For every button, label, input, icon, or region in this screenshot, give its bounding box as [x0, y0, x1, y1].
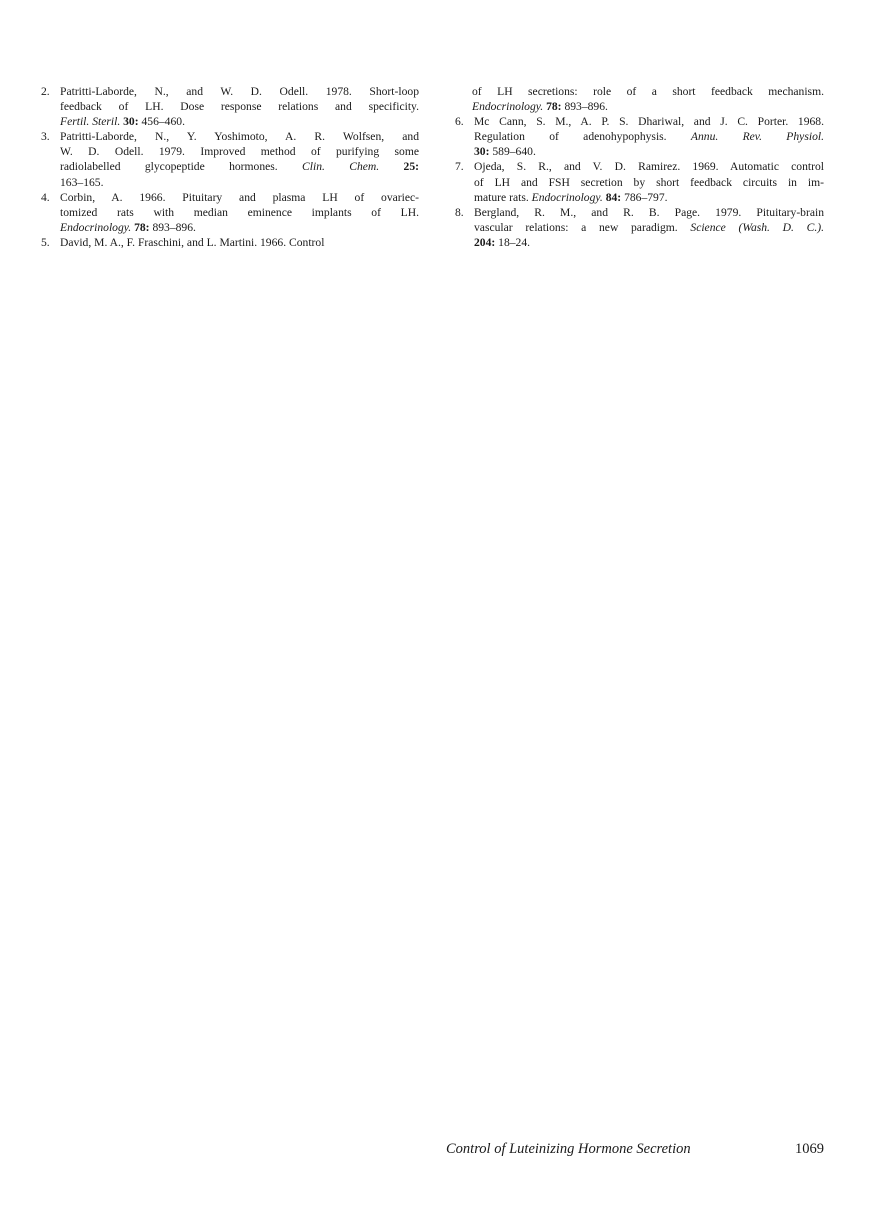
reference-line: tomized rats with median eminence implan…	[60, 205, 419, 220]
reference-item: 3.Patritti-Laborde, N., Y. Yoshimoto, A.…	[41, 129, 419, 189]
volume-number: 84:	[606, 191, 621, 204]
citation-text	[379, 160, 403, 173]
reference-item: 5.David, M. A., F. Fraschini, and L. Mar…	[41, 235, 419, 250]
reference-line: 30: 589–640.	[474, 144, 824, 159]
citation-text: Patritti-Laborde, N., and W. D. Odell. 1…	[60, 85, 419, 98]
citation-text: 163–165.	[60, 176, 103, 189]
citation-text: radiolabelled glycopeptide hormones.	[60, 160, 302, 173]
citation-text: Corbin, A. 1966. Pituitary and plasma LH…	[60, 191, 419, 204]
reference-item: 8.Bergland, R. M., and R. B. Page. 1979.…	[455, 205, 824, 250]
reference-line: Regulation of adenohypophysis. Annu. Rev…	[474, 129, 824, 144]
volume-number: 30:	[123, 115, 138, 128]
citation-text: Regulation of adenohypophysis.	[474, 130, 691, 143]
reference-item: 2.Patritti-Laborde, N., and W. D. Odell.…	[41, 84, 419, 129]
volume-number: 204:	[474, 236, 495, 249]
reference-line: Ojeda, S. R., and V. D. Ramirez. 1969. A…	[474, 159, 824, 174]
citation-text: of LH and FSH secretion by short feedbac…	[474, 176, 824, 189]
references-right-column: of LH secretions: role of a short feedba…	[455, 84, 824, 250]
reference-line: Mc Cann, S. M., A. P. S. Dhariwal, and J…	[474, 114, 824, 129]
reference-line: feedback of LH. Dose response relations …	[60, 99, 419, 114]
citation-text: 893–896.	[150, 221, 196, 234]
citation-text: feedback of LH. Dose response relations …	[60, 100, 419, 113]
reference-line: mature rats. Endocrinology. 84: 786–797.	[474, 190, 824, 205]
citation-text: 18–24.	[495, 236, 530, 249]
journal-name: Annu. Rev. Physiol.	[691, 130, 824, 143]
citation-text: 456–460.	[139, 115, 185, 128]
reference-line: of LH secretions: role of a short feedba…	[472, 84, 824, 99]
citation-text: 893–896.	[562, 100, 608, 113]
journal-name: Endocrinology.	[472, 100, 543, 113]
volume-number: 25:	[404, 160, 419, 173]
reference-item: 7.Ojeda, S. R., and V. D. Ramirez. 1969.…	[455, 159, 824, 204]
page-number: 1069	[795, 1141, 824, 1158]
reference-line: 204: 18–24.	[474, 235, 824, 250]
reference-line: Bergland, R. M., and R. B. Page. 1979. P…	[474, 205, 824, 220]
journal-name: Endocrinology.	[532, 191, 603, 204]
volume-number: 30:	[474, 145, 489, 158]
citation-text: Patritti-Laborde, N., Y. Yoshimoto, A. R…	[60, 130, 419, 143]
reference-line: W. D. Odell. 1979. Improved method of pu…	[60, 144, 419, 159]
journal-name: Science (Wash. D. C.).	[690, 221, 824, 234]
citation-text: Bergland, R. M., and R. B. Page. 1979. P…	[474, 206, 824, 219]
citation-text: mature rats.	[474, 191, 532, 204]
journal-name: Endocrinology.	[60, 221, 131, 234]
reference-line: Endocrinology. 78: 893–896.	[60, 220, 419, 235]
reference-item: 6.Mc Cann, S. M., A. P. S. Dhariwal, and…	[455, 114, 824, 159]
volume-number: 78:	[546, 100, 561, 113]
citation-text: W. D. Odell. 1979. Improved method of pu…	[60, 145, 419, 158]
reference-number: 3.	[41, 129, 50, 144]
references-left-column: 2.Patritti-Laborde, N., and W. D. Odell.…	[41, 84, 419, 250]
reference-line: Fertil. Steril. 30: 456–460.	[60, 114, 419, 129]
reference-line: Patritti-Laborde, N., Y. Yoshimoto, A. R…	[60, 129, 419, 144]
citation-text: vascular relations: a new paradigm.	[474, 221, 690, 234]
reference-number: 5.	[41, 235, 50, 250]
reference-line: radiolabelled glycopeptide hormones. Cli…	[60, 159, 419, 174]
reference-item: 4.Corbin, A. 1966. Pituitary and plasma …	[41, 190, 419, 235]
reference-line: Endocrinology. 78: 893–896.	[472, 99, 824, 114]
volume-number: 78:	[134, 221, 149, 234]
reference-line: of LH and FSH secretion by short feedbac…	[474, 175, 824, 190]
reference-line: Corbin, A. 1966. Pituitary and plasma LH…	[60, 190, 419, 205]
reference-line: 163–165.	[60, 175, 419, 190]
journal-name: Clin. Chem.	[302, 160, 379, 173]
citation-text: of LH secretions: role of a short feedba…	[472, 85, 824, 98]
reference-number: 6.	[455, 114, 464, 129]
reference-item: of LH secretions: role of a short feedba…	[455, 84, 824, 114]
journal-name: Fertil. Steril.	[60, 115, 120, 128]
reference-number: 4.	[41, 190, 50, 205]
citation-text: David, M. A., F. Fraschini, and L. Marti…	[60, 236, 324, 249]
citation-text: 589–640.	[489, 145, 535, 158]
reference-number: 8.	[455, 205, 464, 220]
reference-line: vascular relations: a new paradigm. Scie…	[474, 220, 824, 235]
citation-text: Ojeda, S. R., and V. D. Ramirez. 1969. A…	[474, 160, 824, 173]
reference-number: 2.	[41, 84, 50, 99]
running-title: Control of Luteinizing Hormone Secretion	[446, 1141, 691, 1158]
citation-text: tomized rats with median eminence implan…	[60, 206, 419, 219]
reference-line: Patritti-Laborde, N., and W. D. Odell. 1…	[60, 84, 419, 99]
reference-number: 7.	[455, 159, 464, 174]
citation-text: Mc Cann, S. M., A. P. S. Dhariwal, and J…	[474, 115, 824, 128]
citation-text: 786–797.	[621, 191, 667, 204]
reference-line: David, M. A., F. Fraschini, and L. Marti…	[60, 235, 419, 250]
